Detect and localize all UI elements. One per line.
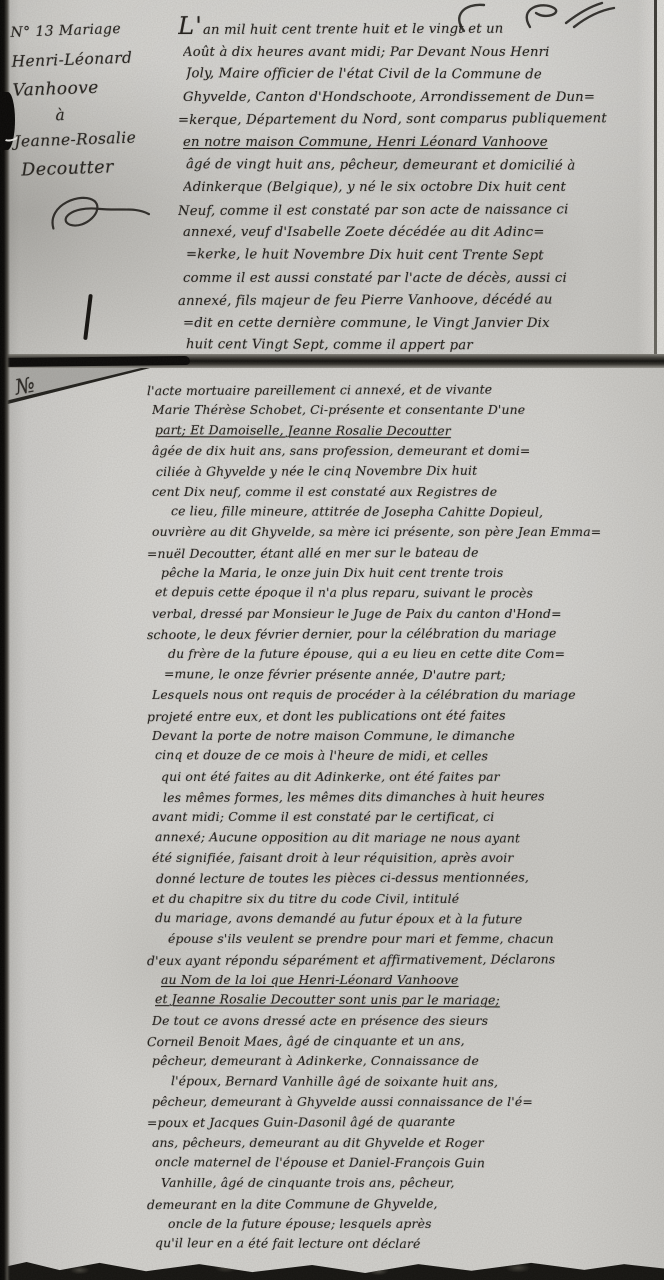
- page-top-segment: N° 13 MariageHenri-LéonardVanhooveàJeann…: [0, 0, 664, 356]
- paraph-flourish: [42, 185, 154, 237]
- manuscript-line: et Jeanne Rosalie Decoutter sont unis pa…: [155, 989, 663, 1011]
- manuscript-line: annexé; Aucune opposition au dit mariage…: [155, 827, 663, 849]
- manuscript-line: =kerque, Département du Nord, sont compa…: [178, 108, 654, 133]
- manuscript-line: au Nom de la loi que Henri-Léonard Vanho…: [152, 970, 660, 990]
- manuscript-line: cinq et douze de ce mois à l'heure de mi…: [155, 745, 663, 767]
- manuscript-line: en notre maison Commune, Henri Léonard V…: [183, 132, 659, 155]
- act-text-bottom: l'acte mortuaire pareillement ci annexé,…: [152, 380, 660, 1255]
- manuscript-line: verbal, dressé par Monsieur le Juge de P…: [152, 604, 660, 624]
- manuscript-line: ouvrière au dit Ghyvelde, sa mère ici pr…: [152, 522, 660, 542]
- manuscript-line: annexé, fils majeur de feu Pierre Vanhoo…: [178, 289, 654, 314]
- manuscript-line: l'époux, Bernard Vanhille âgé de soixant…: [155, 1071, 663, 1093]
- manuscript-line: comme il est aussi constaté par l'acte d…: [183, 268, 659, 291]
- manuscript-line: été signifiée, faisant droit à leur réqu…: [152, 848, 660, 868]
- margin-annotation: N° 13 MariageHenri-LéonardVanhooveàJeann…: [10, 13, 176, 247]
- manuscript-line: du mariage, avons demandé au futur époux…: [155, 908, 663, 930]
- manuscript-line: oncle maternel de l'épouse et Daniel-Fra…: [155, 1152, 663, 1174]
- manuscript-line: huit cent Vingt Sept, comme il appert pa…: [186, 334, 662, 358]
- manuscript-line: d'eux ayant répondu séparément et affirm…: [147, 949, 655, 972]
- manuscript-line: ce lieu, fille mineure, attitrée de Jose…: [155, 501, 663, 523]
- manuscript-line: =nuël Decoutter, étant allé en mer sur l…: [147, 542, 655, 565]
- manuscript-line: part; Et Damoiselle, Jeanne Rosalie Deco…: [155, 420, 663, 442]
- page-bottom-segment: № l'acte mortuaire pareillement ci annex…: [0, 368, 664, 1280]
- manuscript-line: pêcheur, demeurant à Adinkerke, Connaiss…: [152, 1051, 660, 1071]
- manuscript-line: Corneil Benoit Maes, âgé de cinquante et…: [147, 1030, 655, 1053]
- manuscript-line: =poux et Jacques Guin-Dasonil âgé de qua…: [147, 1111, 655, 1134]
- manuscript-line: oncle de la future épouse; lesquels aprè…: [152, 1214, 660, 1234]
- ink-mark: [83, 294, 93, 340]
- manuscript-line: =mune, le onze février présente année, D…: [155, 664, 663, 686]
- manuscript-line: projeté entre eux, et dont les publicati…: [147, 704, 655, 727]
- manuscript-line: épouse s'ils veulent se prendre pour mar…: [152, 929, 660, 949]
- manuscript-line: et du chapitre six du titre du code Civi…: [152, 889, 660, 909]
- margin-number-mark: №: [13, 372, 37, 399]
- margin-lines: N° 13 MariageHenri-LéonardVanhooveàJeann…: [10, 13, 174, 185]
- margin-line: Decoutter: [15, 151, 174, 185]
- manuscript-line: âgé de vingt huit ans, pêcheur, demeuran…: [186, 154, 662, 178]
- manuscript-line: Joly, Maire officier de l'état Civil de …: [186, 63, 662, 87]
- manuscript-line: ciliée à Ghyvelde y née le cinq Novembre…: [147, 460, 655, 483]
- manuscript-line: De tout ce avons dressé acte en présence…: [152, 1011, 660, 1031]
- manuscript-line: qu'il leur en a été fait lecture ont déc…: [155, 1234, 663, 1256]
- manuscript-line: Marie Thérèse Schobet, Ci-présente et co…: [152, 400, 660, 420]
- manuscript-line: âgée de dix huit ans, sans profession, d…: [152, 441, 660, 461]
- manuscript-line: ans, pêcheurs, demeurant au dit Ghyvelde…: [152, 1133, 660, 1153]
- manuscript-line: Ghyvelde, Canton d'Hondschoote, Arrondis…: [183, 87, 659, 110]
- manuscript-line: =kerke, le huit Novembre Dix huit cent T…: [186, 244, 662, 268]
- manuscript-line: Neuf, comme il est constaté par son acte…: [178, 199, 654, 224]
- manuscript-line: Adinkerque (Belgique), y né le six octob…: [183, 177, 659, 200]
- manuscript-line: du frère de la future épouse, qui a eu l…: [152, 644, 660, 664]
- document-scan: N° 13 MariageHenri-LéonardVanhooveàJeann…: [0, 0, 664, 1280]
- manuscript-line: Lesquels nous ont requis de procéder à l…: [152, 685, 660, 705]
- manuscript-line: l'acte mortuaire pareillement ci annexé,…: [147, 379, 655, 402]
- header-ink-flourish: [434, 0, 624, 34]
- manuscript-line: avant midi; Comme il est constaté par le…: [152, 807, 660, 827]
- manuscript-line: Vanhille, âgé de cinquante trois ans, pê…: [152, 1173, 660, 1193]
- manuscript-line: pêche la Maria, le onze juin Dix huit ce…: [152, 563, 660, 583]
- manuscript-line: pêcheur, demeurant à Ghyvelde aussi conn…: [152, 1092, 660, 1112]
- manuscript-line: Devant la porte de notre maison Commune,…: [152, 726, 660, 746]
- manuscript-line: qui ont été faites au dit Adinkerke, ont…: [152, 767, 660, 787]
- manuscript-line: annexé, veuf d'Isabelle Zoete décédée au…: [183, 222, 659, 245]
- manuscript-line: Août à dix heures avant midi; Par Devant…: [183, 42, 659, 65]
- manuscript-line: les mêmes formes, les mêmes dits dimanch…: [147, 786, 655, 809]
- left-binding-edge: [0, 0, 10, 1280]
- manuscript-line: demeurant en la dite Commune de Ghyvelde…: [147, 1193, 655, 1216]
- act-text-top: L'an mil huit cent trente huit et le vin…: [183, 14, 659, 358]
- manuscript-line: cent Dix neuf, comme il est constaté aux…: [152, 482, 660, 502]
- manuscript-line: donné lecture de toutes les pièces ci-de…: [147, 867, 655, 890]
- manuscript-line: et depuis cette époque il n'a plus repar…: [155, 583, 663, 605]
- manuscript-line: schoote, le deux février dernier, pour l…: [147, 623, 655, 646]
- manuscript-line: =dit en cette dernière commune, le Vingt…: [183, 313, 659, 336]
